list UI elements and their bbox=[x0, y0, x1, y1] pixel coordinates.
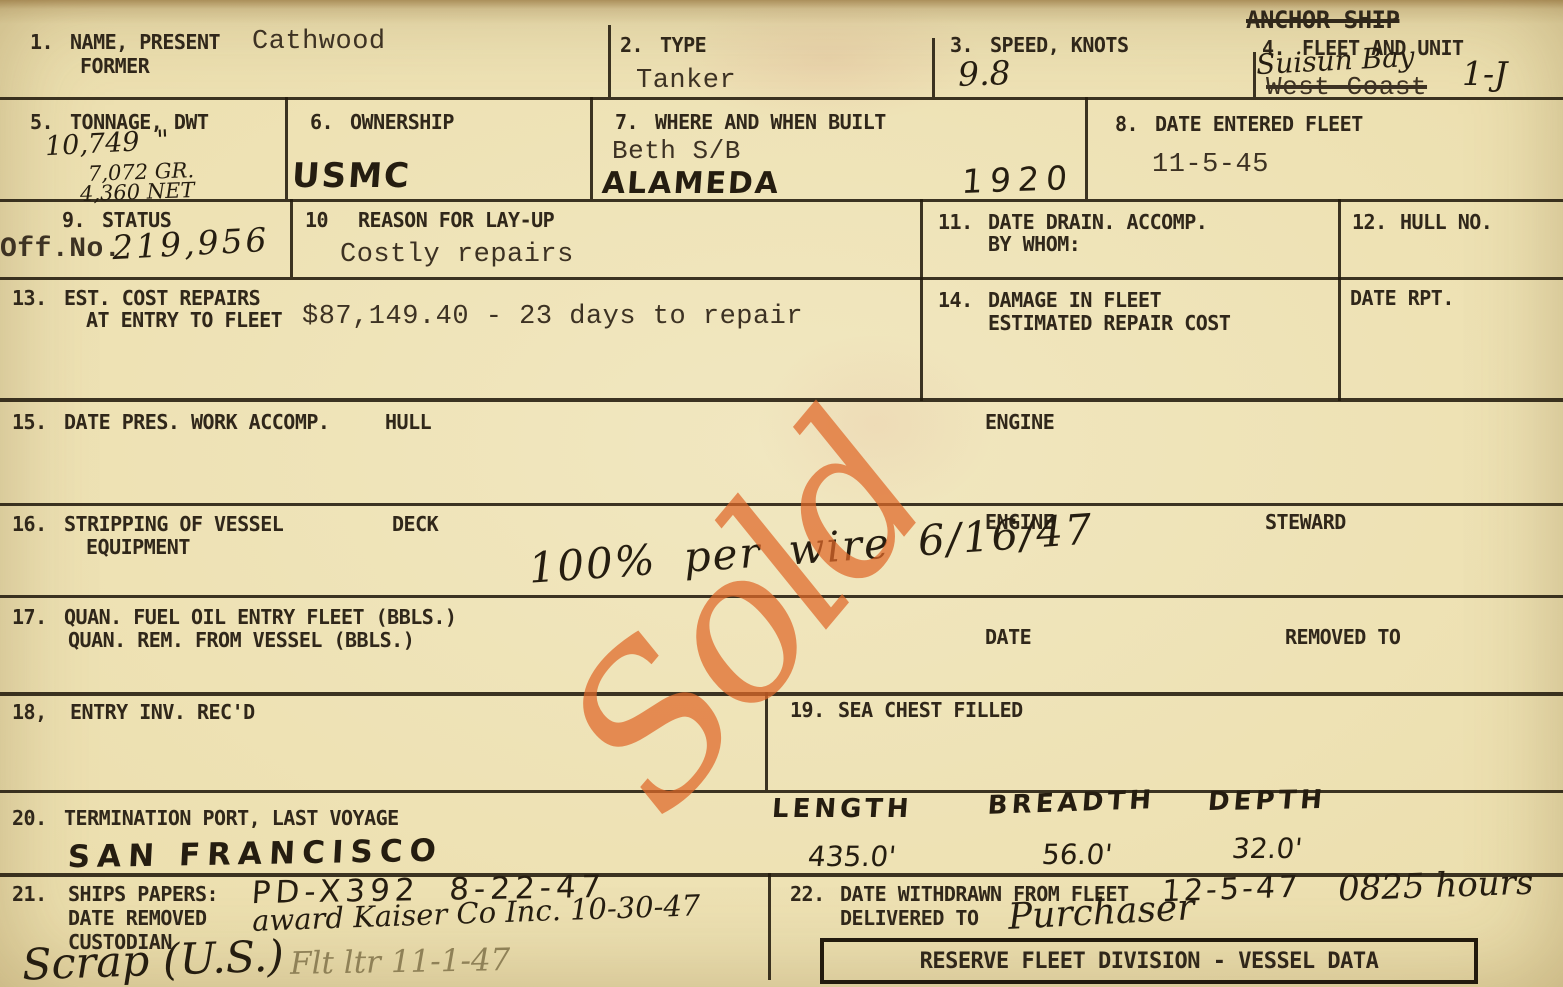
field3-number: 3. bbox=[950, 33, 973, 57]
field16-sublabel: EQUIPMENT bbox=[86, 535, 190, 559]
length-header: LENGTH bbox=[771, 794, 914, 824]
repair-cost-value: $87,149.40 - 23 days to repair bbox=[302, 302, 803, 332]
field18-number: 18, bbox=[12, 700, 47, 724]
field14-label: DAMAGE IN FLEET bbox=[988, 288, 1161, 312]
field21-label: SHIPS PAPERS: bbox=[68, 882, 218, 906]
field11-label: DATE DRAIN. ACCOMP. bbox=[988, 210, 1207, 234]
termination-port-value: SAN FRANCISCO bbox=[67, 833, 444, 876]
field16-steward-label: STEWARD bbox=[1265, 510, 1346, 534]
field14-sublabel: ESTIMATED REPAIR COST bbox=[988, 311, 1230, 335]
field22-deliveredto-label: DELIVERED TO bbox=[840, 906, 979, 930]
field12-number: 12. bbox=[1352, 210, 1387, 234]
delivered-to-value: Purchaser bbox=[1007, 887, 1195, 938]
build-place-value: ALAMEDA bbox=[601, 166, 781, 201]
field7-label: WHERE AND WHEN BUILT bbox=[655, 110, 886, 134]
field1-sublabel: FORMER bbox=[80, 54, 149, 78]
depth-value: 32.0' bbox=[1230, 832, 1304, 865]
breadth-value: 56.0' bbox=[1040, 838, 1114, 871]
footer-title: RESERVE FLEET DIVISION - VESSEL DATA bbox=[920, 949, 1379, 974]
official-number-value: 219,956 bbox=[111, 220, 270, 267]
field1-number: 1. bbox=[30, 30, 53, 54]
field20-label: TERMINATION PORT, LAST VOYAGE bbox=[64, 806, 399, 830]
ship-name-value: Cathwood bbox=[252, 27, 386, 57]
grid-line-v bbox=[608, 25, 611, 97]
grid-line-v bbox=[1338, 199, 1341, 401]
grid-line-v bbox=[1085, 97, 1088, 199]
field15-label: DATE PRES. WORK ACCOMP. bbox=[64, 410, 329, 434]
field11-sublabel: BY WHOM: bbox=[988, 232, 1080, 256]
official-number-prefix: Off.No. bbox=[0, 234, 121, 265]
field17-date-label: DATE bbox=[985, 625, 1031, 649]
field16-number: 16. bbox=[12, 512, 47, 536]
field9-number: 9. bbox=[62, 208, 85, 232]
field22-number: 22. bbox=[790, 882, 825, 906]
field19-label: SEA CHEST FILLED bbox=[838, 698, 1023, 722]
field21-number: 21. bbox=[12, 882, 47, 906]
field15-hull-label: HULL bbox=[385, 410, 431, 434]
field6-number: 6. bbox=[310, 110, 333, 134]
grid-line-v bbox=[768, 873, 771, 980]
field21-dateremoved-label: DATE REMOVED bbox=[68, 906, 207, 930]
grid-line-v bbox=[920, 199, 923, 401]
field7-number: 7. bbox=[615, 110, 638, 134]
grid-line-v bbox=[932, 38, 935, 97]
field12-label: HULL NO. bbox=[1400, 210, 1492, 234]
field10-label: REASON FOR LAY-UP bbox=[358, 208, 554, 232]
date-entered-fleet-value: 11-5-45 bbox=[1152, 150, 1269, 180]
field20-number: 20. bbox=[12, 806, 47, 830]
field4-struck-title: ANCHOR SHIP bbox=[1246, 6, 1399, 34]
sold-crayon-overlay: Sold bbox=[519, 379, 972, 854]
tonnage-net-value: 4,360 NET bbox=[80, 178, 195, 206]
field13-sublabel: AT ENTRY TO FLEET bbox=[86, 308, 282, 332]
type-value: Tanker bbox=[636, 66, 736, 96]
custodian-note: Scrap (U.S.) bbox=[21, 931, 285, 987]
field17-removedto-label: REMOVED TO bbox=[1285, 625, 1400, 649]
field15-number: 15. bbox=[12, 410, 47, 434]
field14-number: 14. bbox=[938, 288, 973, 312]
depth-header: DEPTH bbox=[1207, 785, 1328, 817]
fleet-letter-note: Flt ltr 11-1-47 bbox=[290, 942, 511, 982]
withdrawn-time-value: 0825 hours bbox=[1337, 863, 1534, 910]
length-value: 435.0' bbox=[806, 840, 897, 873]
field6-label: OWNERSHIP bbox=[350, 110, 454, 134]
field3-label: SPEED, KNOTS bbox=[990, 33, 1129, 57]
grid-line-v bbox=[290, 199, 293, 277]
field1-label: NAME, PRESENT bbox=[70, 30, 220, 54]
footer-title-box: RESERVE FLEET DIVISION - VESSEL DATA bbox=[820, 938, 1478, 984]
builder-value: Beth S/B bbox=[612, 136, 741, 166]
layup-reason-value: Costly repairs bbox=[340, 240, 574, 270]
ownership-value: USMC bbox=[291, 156, 413, 196]
field16-deck-label: DECK bbox=[392, 512, 438, 536]
grid-line-h bbox=[0, 873, 1563, 877]
tonnage-dwt-value: 10,749 " bbox=[44, 125, 170, 162]
field8-number: 8. bbox=[1115, 112, 1138, 136]
build-year-value: 1920 bbox=[960, 158, 1075, 201]
grid-line-v bbox=[590, 97, 593, 199]
field17-sublabel: QUAN. REM. FROM VESSEL (BBLS.) bbox=[68, 628, 414, 652]
field16-label: STRIPPING OF VESSEL bbox=[64, 512, 283, 536]
field17-number: 17. bbox=[12, 605, 47, 629]
field15-engine-label: ENGINE bbox=[985, 410, 1054, 434]
field13-number: 13. bbox=[12, 286, 47, 310]
grid-line-h bbox=[0, 199, 1563, 202]
vessel-data-card: 1. NAME, PRESENT FORMER Cathwood 2. TYPE… bbox=[0, 0, 1563, 987]
grid-line-h bbox=[0, 790, 1563, 793]
fleet-struck-value: West Coast bbox=[1266, 72, 1427, 102]
date-rpt-label: DATE RPT. bbox=[1350, 286, 1454, 310]
fleet-unit-code: 1-J bbox=[1462, 54, 1507, 93]
field2-label: TYPE bbox=[660, 33, 706, 57]
field18-label: ENTRY INV. REC'D bbox=[70, 700, 255, 724]
field17-label: QUAN. FUEL OIL ENTRY FLEET (BBLS.) bbox=[64, 605, 456, 629]
field8-label: DATE ENTERED FLEET bbox=[1155, 112, 1363, 136]
speed-value: 9.8 bbox=[957, 53, 1011, 94]
breadth-header: BREADTH bbox=[987, 785, 1156, 821]
field11-number: 11. bbox=[938, 210, 973, 234]
field10-number: 10 bbox=[305, 208, 328, 232]
grid-line-h bbox=[0, 277, 1563, 280]
field2-number: 2. bbox=[620, 33, 643, 57]
field13-label: EST. COST REPAIRS bbox=[64, 286, 260, 310]
grid-line-v bbox=[285, 97, 288, 199]
